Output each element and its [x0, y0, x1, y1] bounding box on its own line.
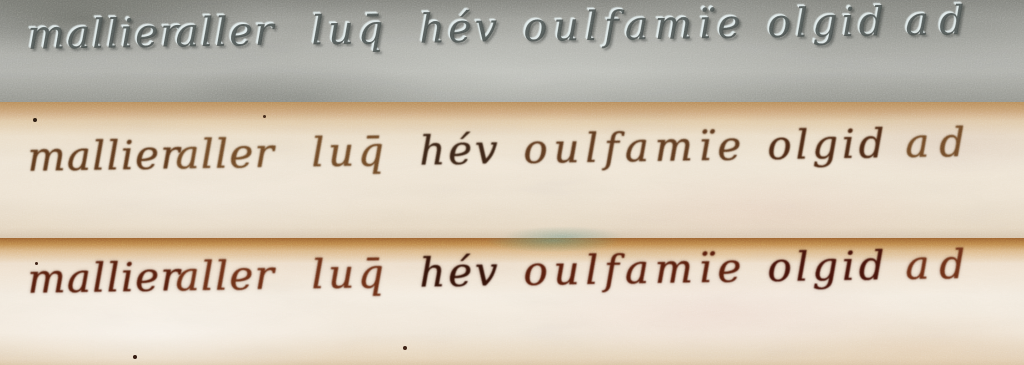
ink-speck	[33, 118, 37, 122]
manuscript-comparison-figure: mallier aller luq̄ hév oulfamïe olgid ad…	[0, 0, 1024, 365]
handwritten-word: ad	[905, 0, 975, 44]
handwritten-word: luq̄	[311, 252, 388, 297]
handwritten-word: oulfamïe	[523, 247, 747, 295]
handwritten-word: hév	[419, 250, 501, 295]
handwriting-line: mallier aller luq̄ hév oulfamïe olgid ad	[0, 242, 1014, 328]
handwritten-word: aller	[175, 254, 275, 300]
handwritten-word: hév	[419, 128, 501, 173]
handwritten-word: olgid	[767, 122, 889, 168]
handwritten-word: mallier	[27, 11, 181, 57]
strip-warm-parchment: mallier aller luq̄ hév oulfamïe olgid ad	[0, 102, 1024, 238]
ink-speck	[263, 115, 266, 118]
handwritten-word: ad	[905, 121, 975, 166]
strip-high-contrast: mallier aller luq̄ hév oulfamïe olgid ad	[0, 238, 1024, 365]
handwritten-word: mallier	[27, 133, 181, 179]
handwritten-word: olgid	[767, 0, 889, 46]
handwritten-word: luq̄	[311, 8, 388, 53]
strip-grayscale-relief: mallier aller luq̄ hév oulfamïe olgid ad	[0, 0, 1024, 102]
handwritten-word: luq̄	[311, 130, 388, 175]
handwritten-word: aller	[175, 132, 275, 178]
ink-speck	[403, 346, 407, 350]
handwritten-word: hév	[419, 6, 501, 51]
ink-speck	[133, 355, 137, 359]
handwritten-word: oulfamïe	[523, 125, 747, 173]
handwriting-line: mallier aller luq̄ hév oulfamïe olgid ad	[0, 0, 1014, 84]
handwritten-word: ad	[905, 243, 975, 288]
handwritten-word: mallier	[27, 255, 181, 301]
handwritten-word: aller	[175, 10, 275, 56]
handwriting-line: mallier aller luq̄ hév oulfamïe olgid ad	[0, 120, 1014, 206]
handwritten-word: oulfamïe	[523, 3, 747, 51]
handwritten-word: olgid	[767, 244, 889, 290]
